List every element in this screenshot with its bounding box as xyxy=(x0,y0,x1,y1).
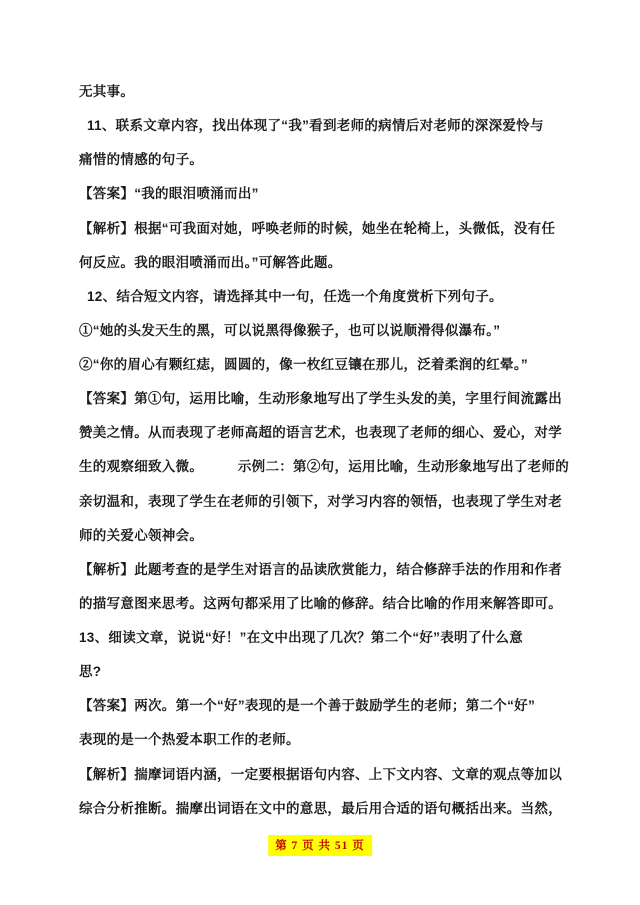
text-line: 思? xyxy=(79,655,557,689)
text-line: 【答案】“我的眼泪喷涌而出” xyxy=(79,177,557,211)
text-line: 【解析】揣摩词语内涵，一定要根据语句内容、上下文内容、文章的观点等加以 xyxy=(79,758,557,792)
text-line: 12、结合短文内容，请选择其中一句，任选一个角度赏析下列句子。 xyxy=(79,280,557,314)
text-line: 【答案】两次。第一个“好”表现的是一个善于鼓励学生的老师；第二个“好” xyxy=(79,689,557,723)
text-line: 表现的是一个热爱本职工作的老师。 xyxy=(79,723,557,757)
text-line: 无其事。 xyxy=(79,75,557,109)
text-line: 13、细读文章，说说“好！”在文中出现了几次？第二个“好”表明了什么意 xyxy=(79,621,557,655)
text-line: 【解析】根据“可我面对她，呼唤老师的时候，她坐在轮椅上，头微低，没有任 xyxy=(79,212,557,246)
text-line: 生的观察细致入微。 示例二：第②句，运用比喻，生动形象地写出了老师的 xyxy=(79,450,557,484)
text-line: 的描写意图来思考。这两句都采用了比喻的修辞。结合比喻的作用来解答即可。 xyxy=(79,587,557,621)
text-line: 【答案】第①句，运用比喻，生动形象地写出了学生头发的美，字里行间流露出 xyxy=(79,382,557,416)
document-body: 无其事。11、联系文章内容，找出体现了“我”看到老师的病情后对老师的深深爱怜与痛… xyxy=(79,75,557,826)
text-line: 【解析】此题考查的是学生对语言的品读欣赏能力，结合修辞手法的作用和作者 xyxy=(79,553,557,587)
text-line: 11、联系文章内容，找出体现了“我”看到老师的病情后对老师的深深爱怜与 xyxy=(79,109,557,143)
document-page: 无其事。11、联系文章内容，找出体现了“我”看到老师的病情后对老师的深深爱怜与痛… xyxy=(0,0,640,905)
text-line: 何反应。我的眼泪喷涌而出。”可解答此题。 xyxy=(79,246,557,280)
text-line: 赞美之情。从而表现了老师高超的语言艺术，也表现了老师的细心、爱心，对学 xyxy=(79,416,557,450)
page-number-badge: 第 7 页 共 51 页 xyxy=(268,835,372,856)
text-line: ②“你的眉心有颗红痣，圆圆的，像一枚红豆镶在那儿，泛着柔润的红晕。” xyxy=(79,348,557,382)
text-line: 综合分析推断。揣摩出词语在文中的意思，最后用合适的语句概括出来。当然， xyxy=(79,792,557,826)
text-line: 亲切温和，表现了学生在老师的引领下，对学习内容的领悟，也表现了学生对老 xyxy=(79,485,557,519)
text-line: 痛惜的情感的句子。 xyxy=(79,143,557,177)
text-line: ①“她的头发天生的黑，可以说黑得像猴子，也可以说顺滑得似瀑布。” xyxy=(79,314,557,348)
text-line: 师的关爱心领神会。 xyxy=(79,519,557,553)
